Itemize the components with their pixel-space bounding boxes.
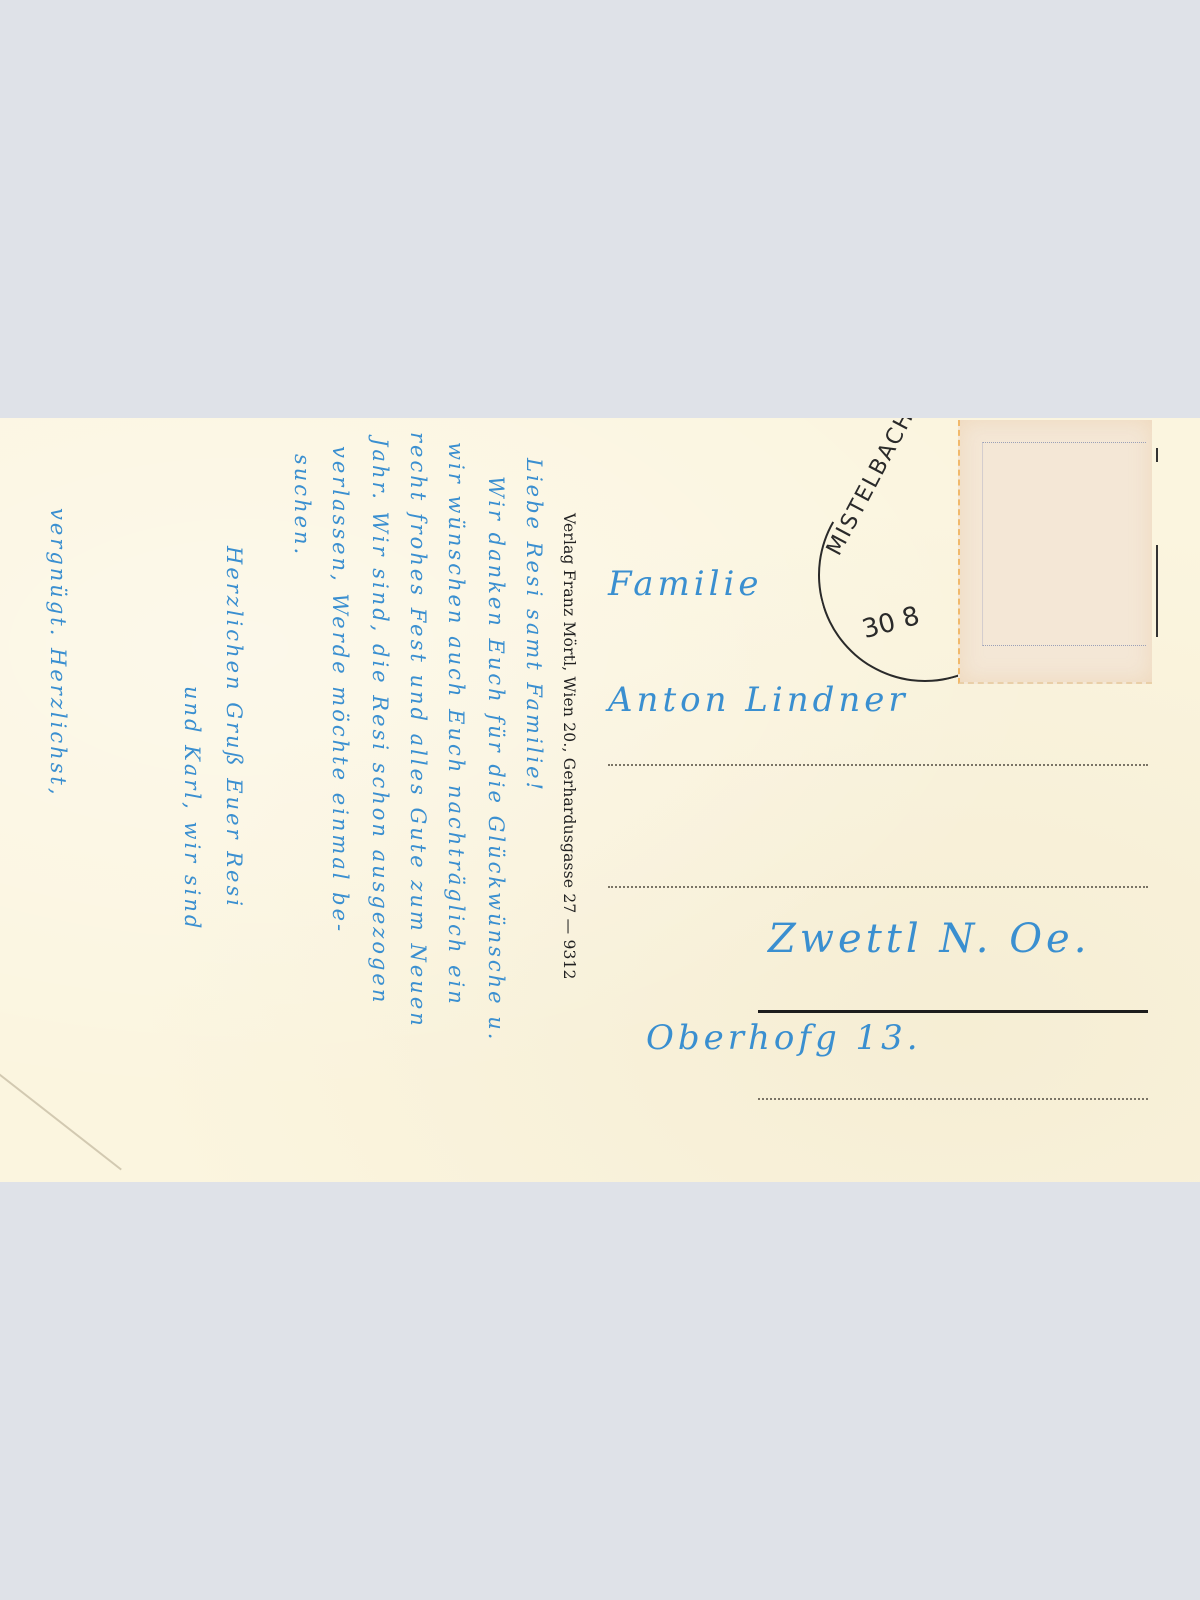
recipient-line-4: Oberhofg 13. [646,1018,922,1058]
address-underline-solid [758,1010,1148,1013]
message-line: wir wünschen auch Euch nachträglich ein [444,442,468,1007]
paper-crease [0,1058,122,1170]
publisher-imprint: Verlag Franz Mörtl, Wien 20., Gerhardusg… [560,513,578,980]
recipient-line-2: Anton Lindner [608,680,909,720]
message-line: Wir danken Euch für die Glückwünsche u. [484,476,508,1042]
message-line: suchen. [290,454,314,557]
message-line: Herzlichen Gruß Euer Resi [222,546,246,909]
message-line: recht frohes Fest und alles Gute zum Neu… [406,432,430,1029]
message-line: Jahr. Wir sind, die Resi schon ausgezoge… [368,438,392,1005]
postage-stamp [958,420,1152,684]
recipient-line-1: Familie [608,564,763,604]
address-line-2 [608,886,1148,888]
message-line: verlassen, Werde möchte einmal be- [328,446,352,934]
postcard: Verlag Franz Mörtl, Wien 20., Gerhardusg… [0,418,1200,1182]
message-line: vergnügt. Herzlichst, [46,508,70,798]
recipient-line-3: Zwettl N. Oe. [768,916,1090,962]
message-line: Liebe Resi samt Familie! [522,458,546,793]
address-line-1 [608,764,1148,766]
message-line: und Karl, wir sind [180,686,204,931]
address-line-3 [758,1098,1148,1100]
